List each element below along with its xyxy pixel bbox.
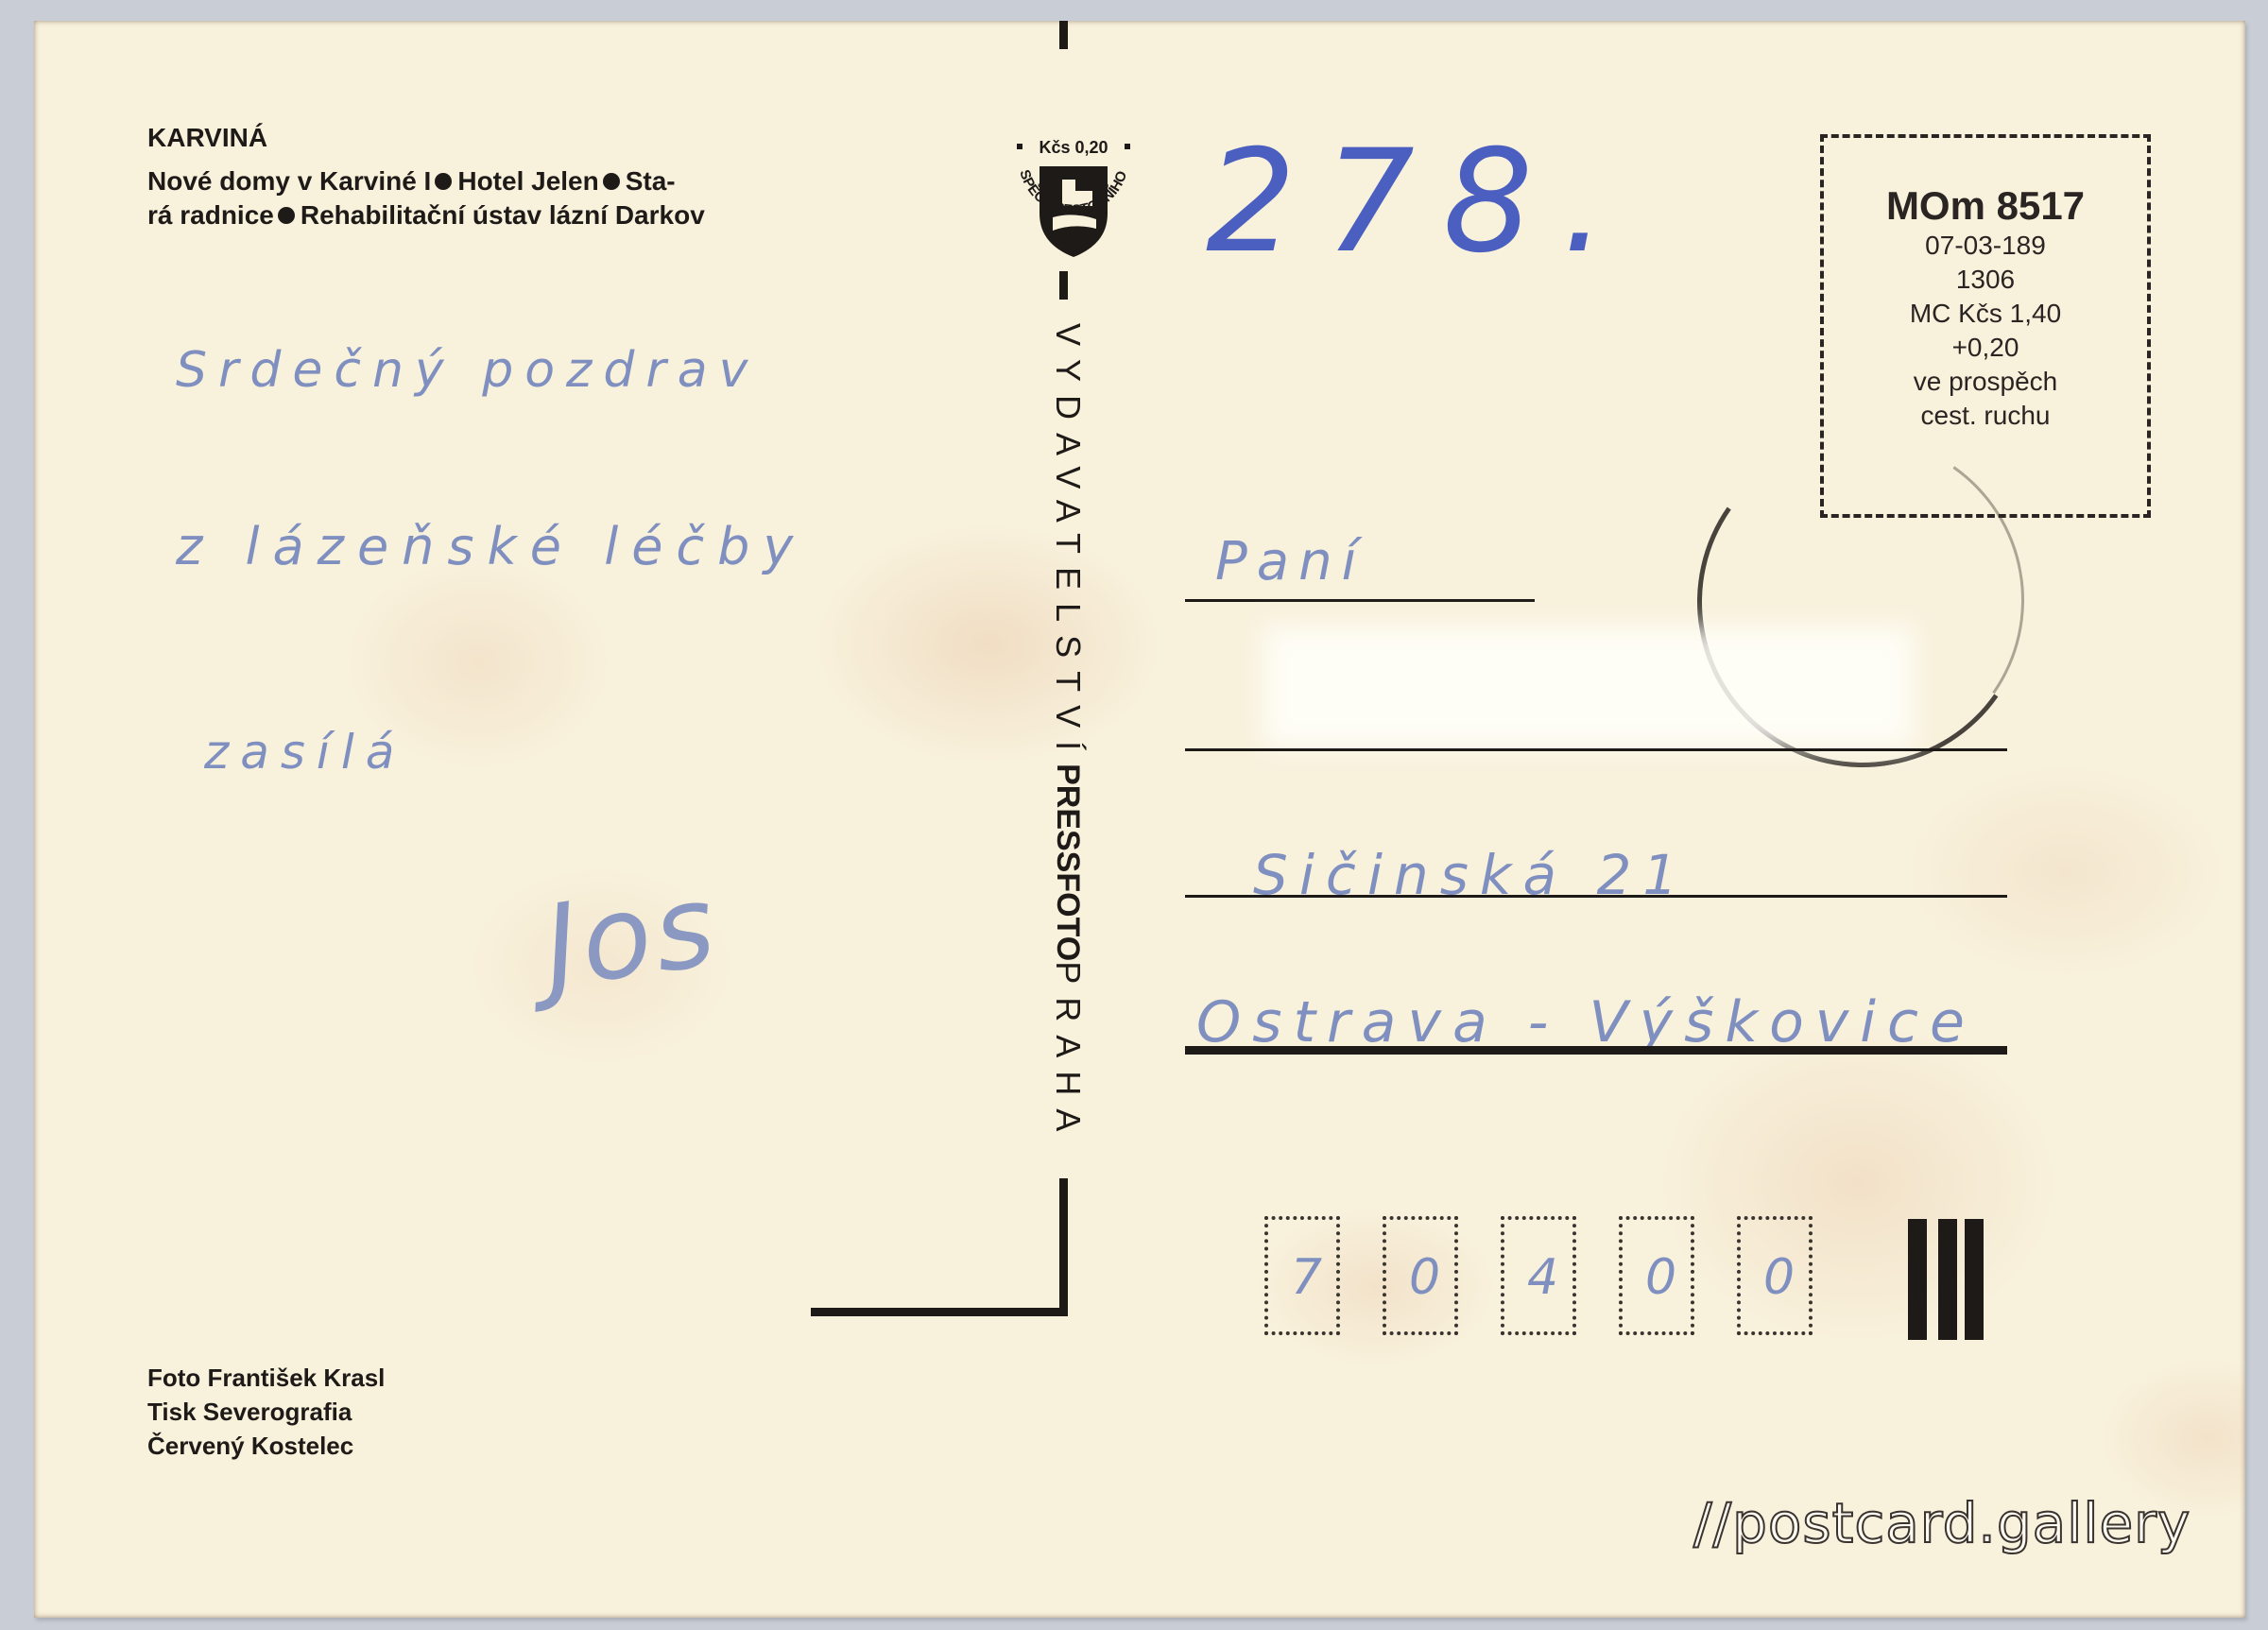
svg-text:Kčs 0,20: Kčs 0,20 [1039,138,1108,157]
address-rule [1185,599,1535,602]
postal-code-digit: 7 [1291,1249,1322,1306]
divider-line [1059,21,1068,49]
postal-code-digit: 0 [1409,1249,1440,1306]
address-rule [1185,748,2007,751]
castle-emblem-icon: Kčs 0,20 VE PROSPĚCH CESTOVNÍHO RUCHU [998,132,1149,283]
divider-line [811,1308,1068,1316]
signature: Jos [536,860,726,1014]
divider-line [1059,1178,1068,1316]
card-caption: Nové domy v Karviné IHotel JelenSta- rá … [147,164,847,232]
postal-bar-icon [1965,1219,1984,1340]
message-line: z lázeňské léčby [176,517,806,576]
postal-code-digit: 0 [1645,1249,1676,1306]
card-title: KARVINÁ [147,123,267,153]
reference-number: 278. [1206,120,1635,284]
address-rule [1185,895,2007,898]
bullet-icon [435,173,452,190]
postal-bar-icon [1908,1219,1927,1340]
publisher-imprint: VYDAVATELSTVÍPRESSFOTOPRAHA [1039,323,1088,1144]
watermark: //postcard.gallery [1693,1491,2191,1555]
bullet-icon [278,207,295,224]
address-rule [1185,1046,2007,1055]
message-line: zasílá [204,725,405,780]
pressfoto-logo: PRESSFOTO [1050,764,1086,961]
print-credits: Foto František Krasl Tisk Severografia Č… [147,1361,385,1463]
message-line: Srdečný pozdrav [176,342,759,399]
address-line-1: Paní [1215,531,1366,592]
postal-bar-icon [1938,1219,1957,1340]
bullet-icon [603,173,620,190]
postal-code-digit: 0 [1763,1249,1795,1306]
redacted-name [1263,626,1915,748]
postal-code-digit: 4 [1527,1249,1558,1306]
postcard: KARVINÁ Nové domy v Karviné IHotel Jelen… [34,21,2245,1618]
